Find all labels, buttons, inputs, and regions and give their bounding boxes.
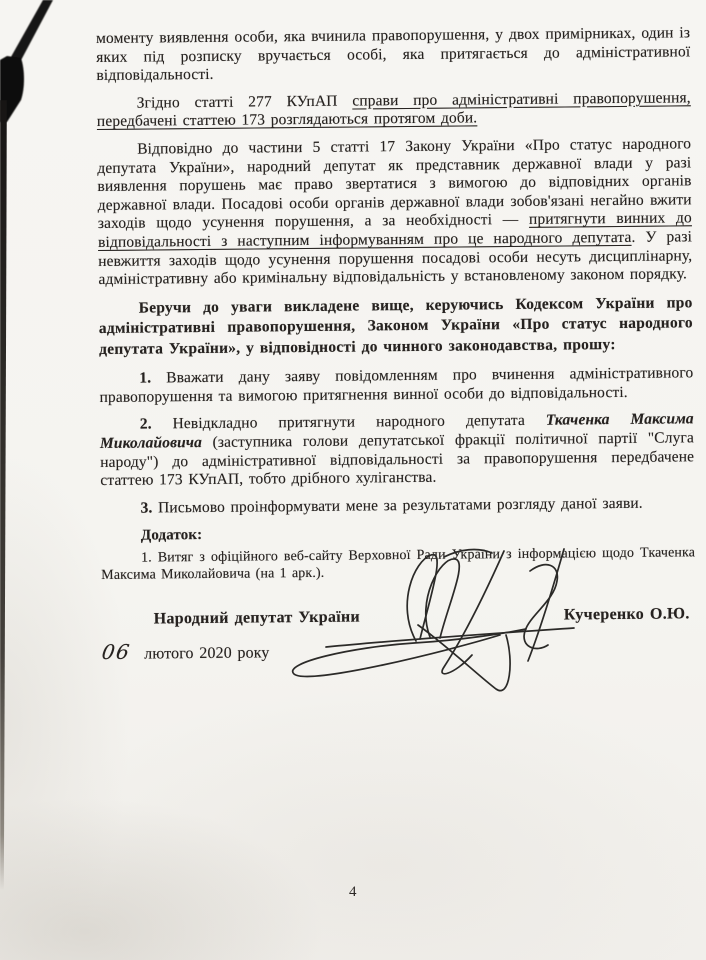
signature-scrawl [268, 543, 588, 701]
request-item-3: 3. Письмово проінформувати мене за резул… [101, 494, 695, 518]
request-item-2: 2. Невідкладно притягнути народного депу… [100, 411, 695, 491]
scan-corner-artifact [0, 0, 70, 125]
request-item-3-number: 3. [141, 499, 153, 516]
paragraph-continuation: моменту виявлення особи, яка вчинила пра… [96, 24, 691, 85]
request-item-1: 1. Вважати дану заяву повідомленням про … [99, 365, 693, 408]
request-item-3-text: Письмово проінформувати мене за результа… [152, 495, 642, 517]
date-text: лютого 2020 року [144, 644, 270, 662]
request-item-2-number: 2. [140, 416, 152, 433]
paragraph-request-intro: Беручи до уваги викладене вище, керуючис… [99, 293, 694, 360]
request-item-1-number: 1. [139, 370, 151, 387]
handwritten-date-day: 06 [101, 642, 132, 661]
paragraph-status-law: Відповідно до частини 5 статті 17 Закону… [97, 135, 692, 289]
article-277-lead: Згідно статті 277 КУпАП [137, 92, 353, 111]
paragraph-article-277: Згідно статті 277 КУпАП справи про адмін… [97, 89, 691, 132]
page-number: 4 [0, 884, 706, 901]
scanned-document-page: моменту виявлення особи, яка вчинила пра… [0, 0, 706, 960]
scan-edge-artifact [0, 100, 7, 890]
request-item-1-text: Вважати дану заяву повідомленням про вчи… [99, 365, 693, 406]
request-item-2-pre: Невідкладно притягнути народного депутат… [152, 412, 546, 433]
